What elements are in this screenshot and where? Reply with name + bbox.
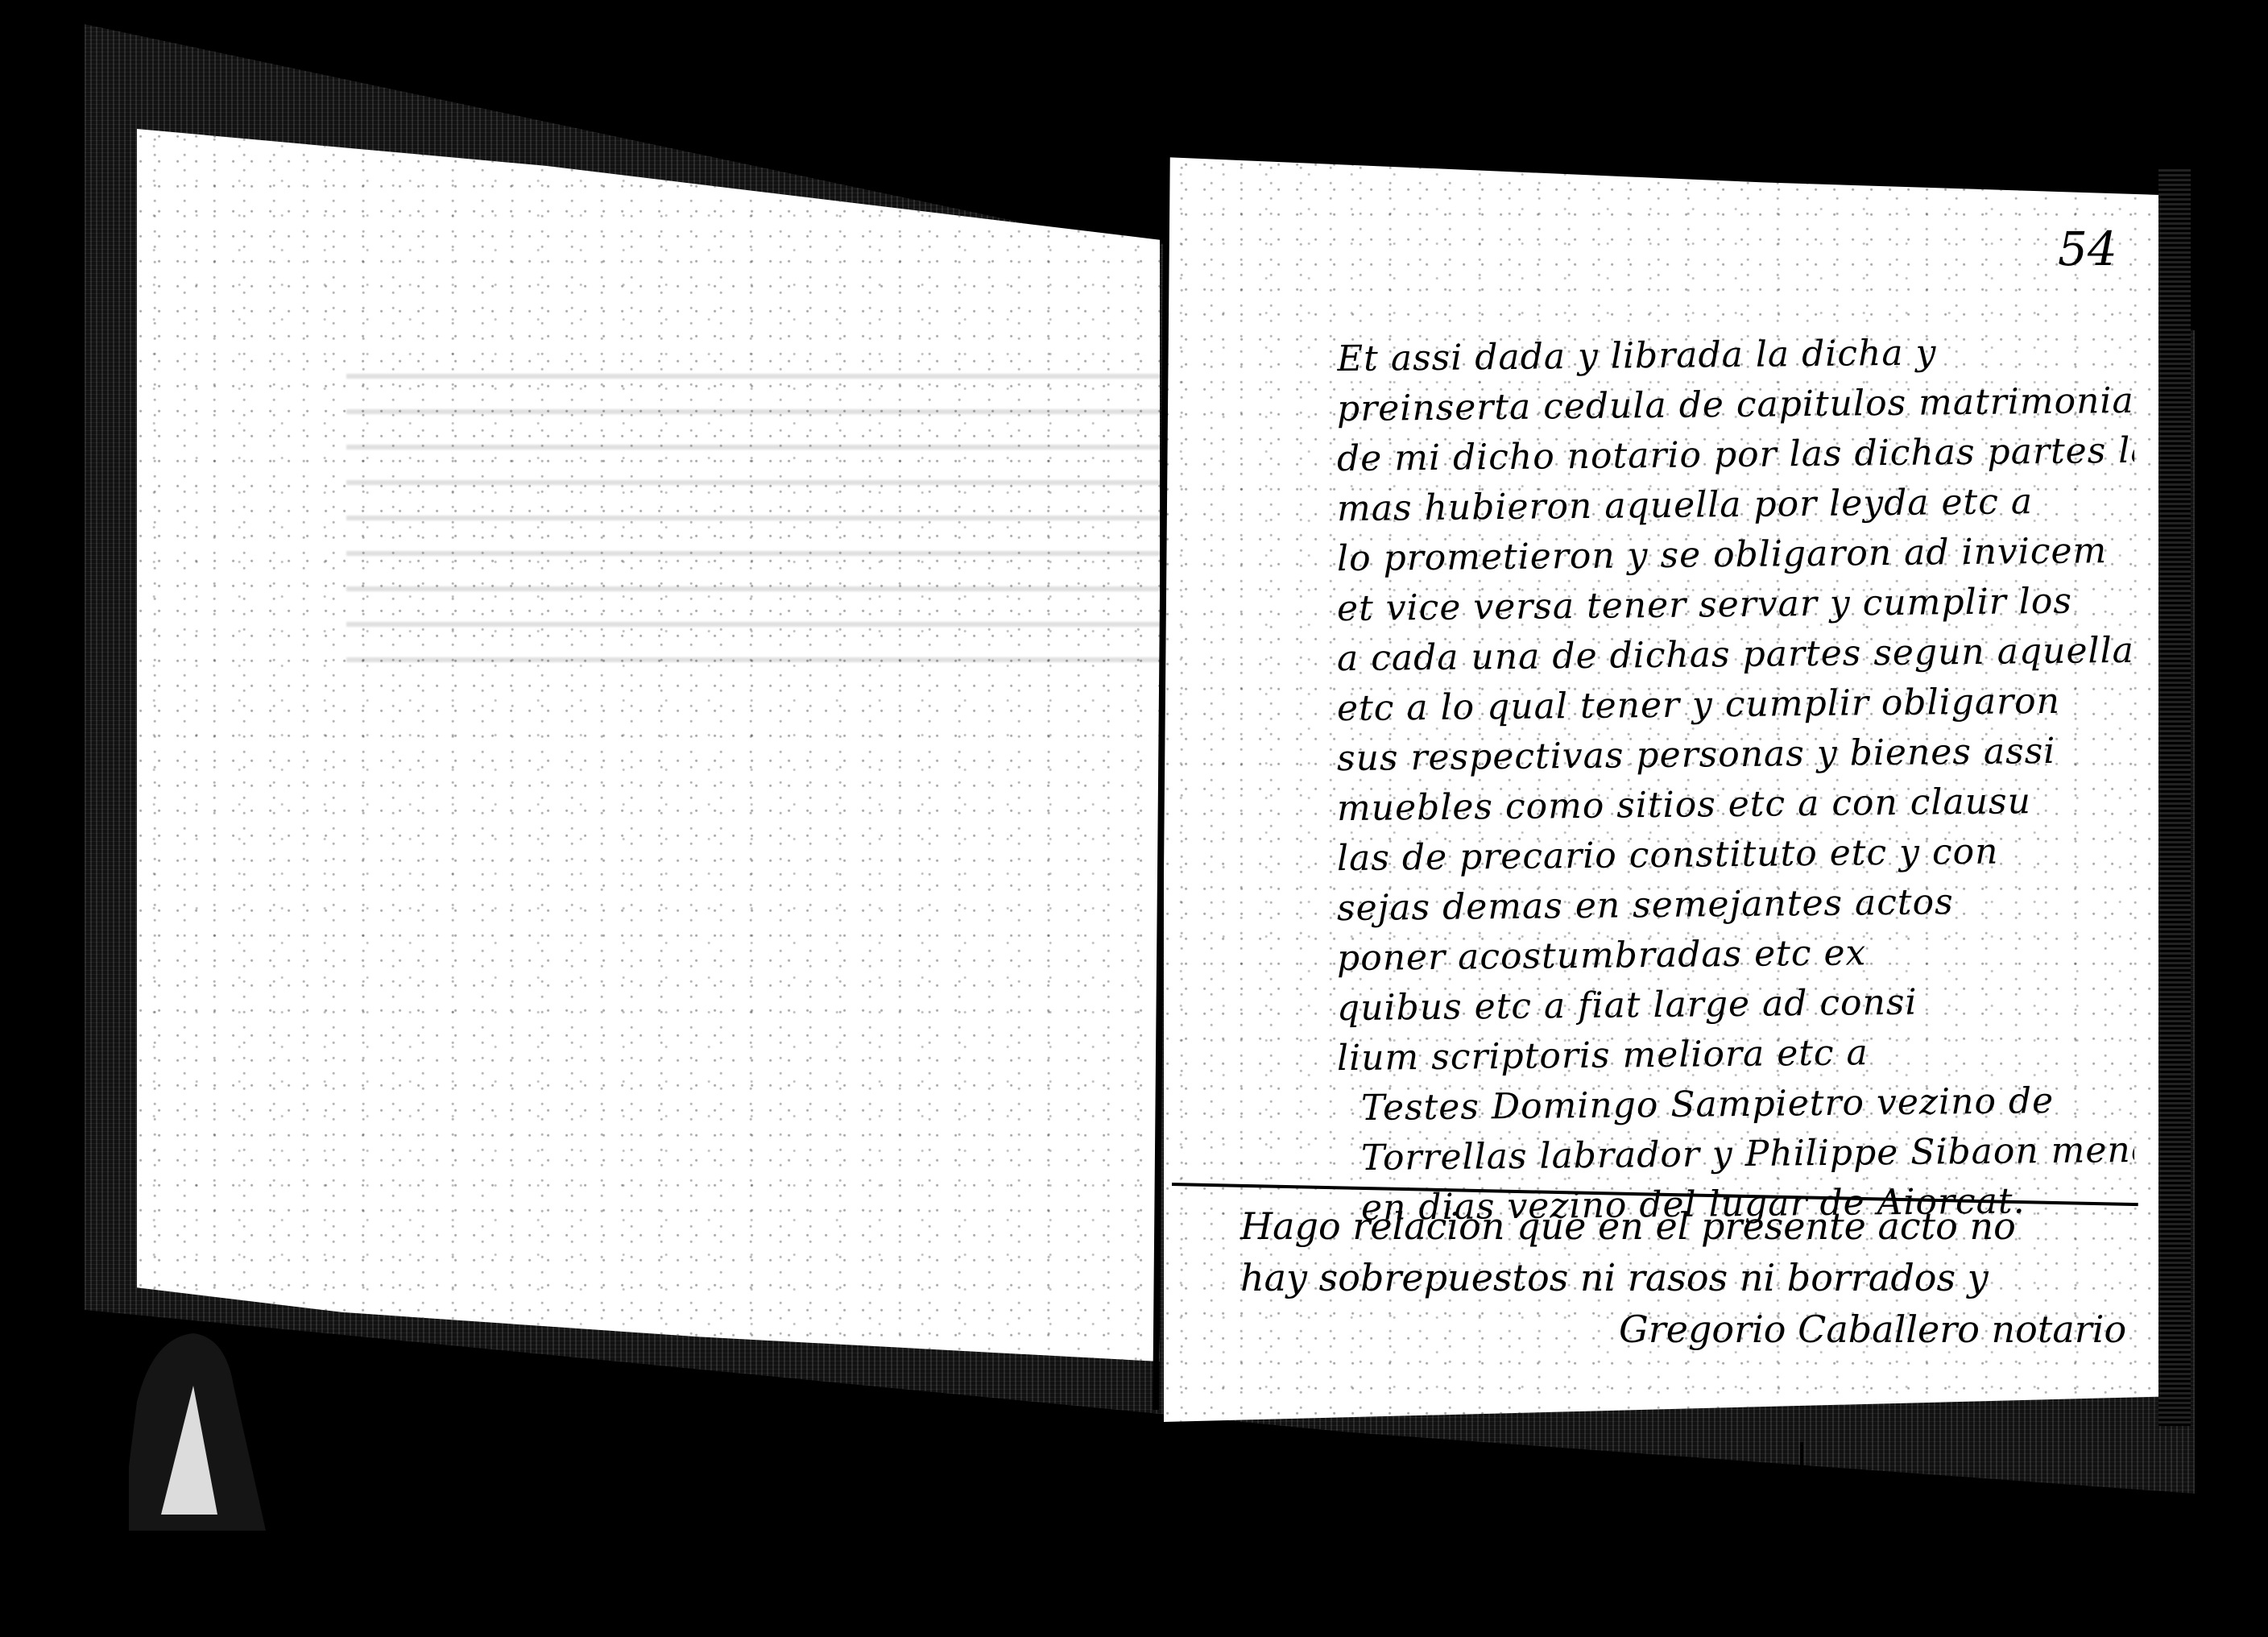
text-line: Et assi dada y librada la dicha y [1337, 326, 2135, 384]
ribbon-bookmark-icon [105, 1289, 282, 1547]
notary-note: Hago relacion que en el presente acto no… [1240, 1200, 2142, 1355]
notary-signature: Gregorio Caballero notario [1619, 1303, 2142, 1355]
text-line: etc a lo qual tener y cumplir obligaron [1337, 676, 2135, 734]
text-line: las de precario constituto etc y con [1337, 826, 2135, 884]
text-line: lo prometieron y se obligaron ad invicem [1337, 526, 2135, 584]
text-line: quibus etc a fiat large ad consi [1337, 976, 2135, 1034]
text-line: sus respectivas personas y bienes assi [1337, 726, 2135, 784]
text-line: a cada una de dichas partes segun aquell… [1337, 626, 2135, 684]
text-line: lium scriptoris meliora etc a [1337, 1026, 2135, 1084]
text-line: poner acostumbradas etc ex [1337, 926, 2135, 984]
witness-line: Testes Domingo Sampietro vezino de [1361, 1075, 2135, 1133]
text-line: de mi dicho notario por las dichas parte… [1337, 426, 2135, 484]
note-line: Hago relacion que en el presente acto no [1240, 1200, 2142, 1252]
text-line: muebles como sitios etc a con clausu [1337, 776, 2135, 834]
ink-bleed-through [346, 354, 1192, 693]
text-line: mas hubieron aquella por leyda etc a [1337, 476, 2135, 534]
note-line: hay sobrepuestos ni rasos ni borrados y [1240, 1252, 2142, 1303]
text-line: et vice versa tener servar y cumplir los [1337, 576, 2135, 634]
text-line: sejas demas en semejantes actos [1337, 876, 2135, 934]
stray-ink-mark [1800, 1442, 1803, 1490]
page-edge-shadow [2158, 169, 2191, 1426]
manuscript-main-text: Et assi dada y librada la dicha y preins… [1337, 330, 2134, 1229]
witness-line: Torrellas labrador y Philippe Sibaon men… [1361, 1125, 2135, 1183]
page-number: 54 [2058, 222, 2117, 276]
text-line: preinserta cedula de capitulos matrimoni… [1337, 376, 2135, 434]
left-page [137, 129, 1160, 1361]
